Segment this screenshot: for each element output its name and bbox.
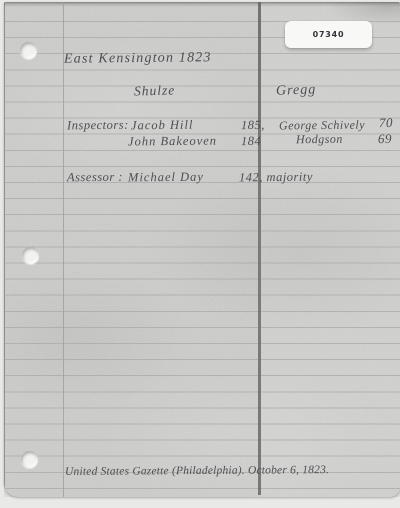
result-row-opponent-votes: 69 (378, 132, 392, 145)
notebook-page: 07340 East Kensington 1823 Shulze Gregg … (4, 2, 400, 497)
result-row-candidate: Michael Day (128, 171, 204, 184)
catalog-label: 07340 (285, 21, 372, 48)
result-row-opponent-votes: 70 (379, 116, 393, 129)
result-row-office: Assessor : (67, 171, 123, 184)
column-header-shulze: Shulze (134, 83, 176, 98)
margin-line (63, 2, 64, 497)
scanned-document: 07340 East Kensington 1823 Shulze Gregg … (0, 0, 400, 508)
result-row-opponent: George Schively (279, 119, 365, 132)
page-crease (258, 2, 261, 495)
punch-hole-middle (22, 247, 39, 264)
catalog-label-number: 07340 (313, 30, 345, 39)
result-row-opponent: Hodgson (296, 133, 343, 145)
result-row-votes: 142, majority (239, 171, 313, 184)
result-row-votes: 184 (241, 135, 261, 148)
page-heading: East Kensington 1823 (64, 51, 212, 67)
result-row-office: Inspectors: (67, 119, 129, 132)
result-row-candidate: John Bakeoven (128, 135, 217, 148)
result-row-votes: 185, (241, 119, 265, 132)
column-header-gregg: Gregg (276, 83, 317, 98)
result-row-candidate: Jacob Hill (131, 119, 194, 132)
ruled-lines (5, 21, 400, 494)
source-citation: United States Gazette (Philadelphia). Oc… (65, 465, 329, 478)
punch-hole-top (20, 42, 37, 59)
punch-hole-bottom (21, 451, 38, 468)
